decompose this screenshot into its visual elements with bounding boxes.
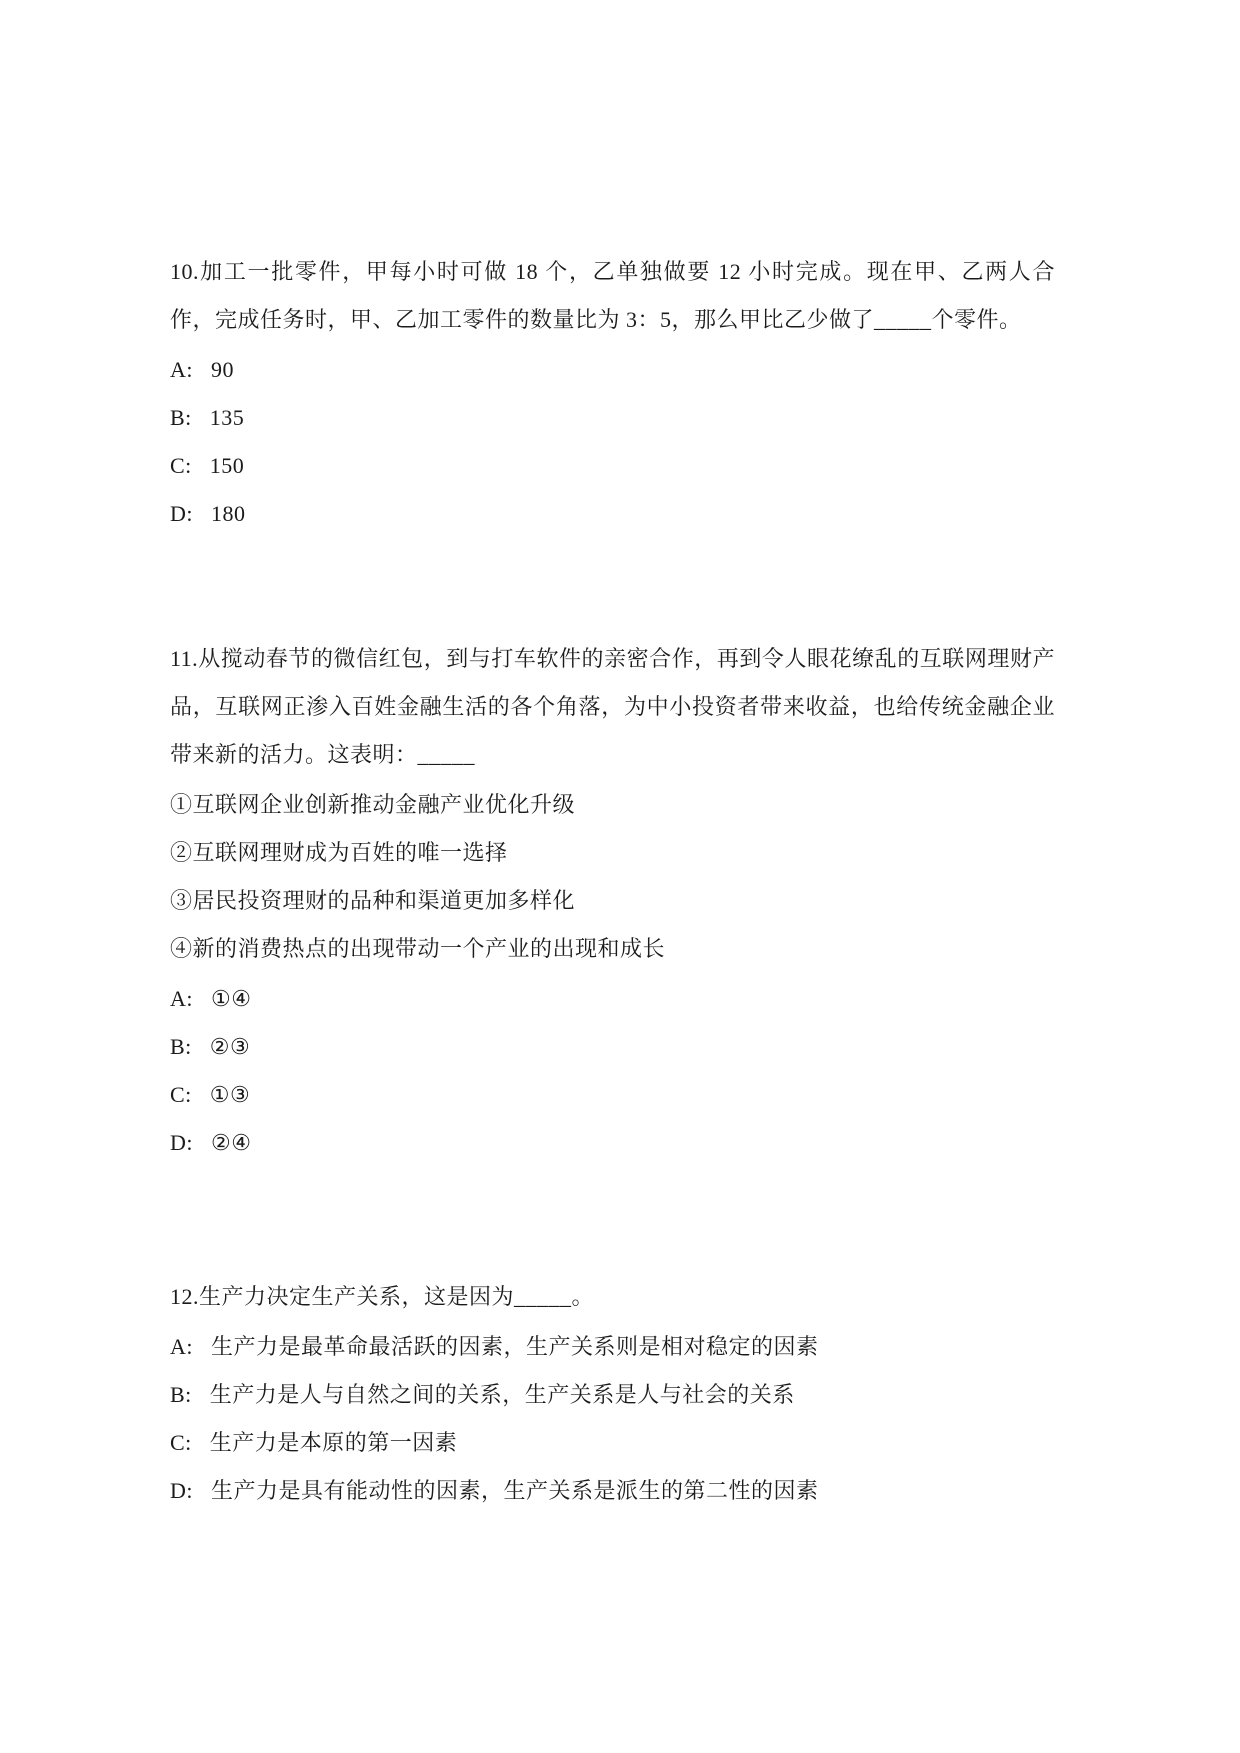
option-text: 生产力是最革命最活跃的因素，生产关系则是相对稳定的因素 [211,1334,819,1359]
statement-item: ④新的消费热点的出现带动一个产业的出现和成长 [170,925,1055,973]
option-row: B:135 [170,394,1055,442]
question-11: 11.从搅动春节的微信红包，到与打车软件的亲密合作，再到令人眼花缭乱的互联网理财… [170,635,1055,1167]
question-11-options: A:①④ B:②③ C:①③ D:②④ [170,975,1055,1167]
option-row: C:150 [170,442,1055,490]
question-11-stem: 11.从搅动春节的微信红包，到与打车软件的亲密合作，再到令人眼花缭乱的互联网理财… [170,635,1055,779]
option-label: B: [170,1034,192,1059]
option-label: C: [170,453,192,478]
option-text: 生产力是本原的第一因素 [210,1430,458,1455]
option-label: D: [170,1478,193,1503]
option-row: A:①④ [170,975,1055,1023]
option-text: ①④ [211,986,251,1011]
statement-item: ②互联网理财成为百姓的唯一选择 [170,829,1055,877]
option-row: C:生产力是本原的第一因素 [170,1419,1055,1467]
option-text: 90 [211,357,234,382]
option-row: D:180 [170,490,1055,538]
question-10-options: A:90 B:135 C:150 D:180 [170,346,1055,538]
option-label: D: [170,1130,193,1155]
option-row: B:②③ [170,1023,1055,1071]
option-label: A: [170,357,193,382]
option-row: C:①③ [170,1071,1055,1119]
statement-item: ①互联网企业创新推动金融产业优化升级 [170,781,1055,829]
option-text: ②④ [211,1130,251,1155]
option-label: B: [170,405,192,430]
option-label: A: [170,986,193,1011]
question-10: 10.加工一批零件，甲每小时可做 18 个，乙单独做要 12 小时完成。现在甲、… [170,248,1055,538]
question-12: 12.生产力决定生产关系，这是因为_____。 A:生产力是最革命最活跃的因素，… [170,1273,1055,1515]
exam-page: 10.加工一批零件，甲每小时可做 18 个，乙单独做要 12 小时完成。现在甲、… [0,0,1240,1753]
option-row: A:生产力是最革命最活跃的因素，生产关系则是相对稳定的因素 [170,1323,1055,1371]
option-row: D:生产力是具有能动性的因素，生产关系是派生的第二性的因素 [170,1467,1055,1515]
option-text: 180 [211,501,246,526]
option-text: ①③ [210,1082,250,1107]
question-11-statements: ①互联网企业创新推动金融产业优化升级 ②互联网理财成为百姓的唯一选择 ③居民投资… [170,781,1055,973]
question-12-options: A:生产力是最革命最活跃的因素，生产关系则是相对稳定的因素 B:生产力是人与自然… [170,1323,1055,1515]
option-row: D:②④ [170,1119,1055,1167]
option-text: 生产力是具有能动性的因素，生产关系是派生的第二性的因素 [211,1478,819,1503]
option-label: D: [170,501,193,526]
option-label: C: [170,1082,192,1107]
statement-item: ③居民投资理财的品种和渠道更加多样化 [170,877,1055,925]
question-12-stem: 12.生产力决定生产关系，这是因为_____。 [170,1273,1055,1321]
option-text: 150 [210,453,245,478]
question-10-stem: 10.加工一批零件，甲每小时可做 18 个，乙单独做要 12 小时完成。现在甲、… [170,248,1055,344]
option-row: A:90 [170,346,1055,394]
option-label: A: [170,1334,193,1359]
option-label: B: [170,1382,192,1407]
option-row: B:生产力是人与自然之间的关系，生产关系是人与社会的关系 [170,1371,1055,1419]
option-label: C: [170,1430,192,1455]
option-text: 135 [210,405,245,430]
option-text: ②③ [210,1034,250,1059]
option-text: 生产力是人与自然之间的关系，生产关系是人与社会的关系 [210,1382,795,1407]
